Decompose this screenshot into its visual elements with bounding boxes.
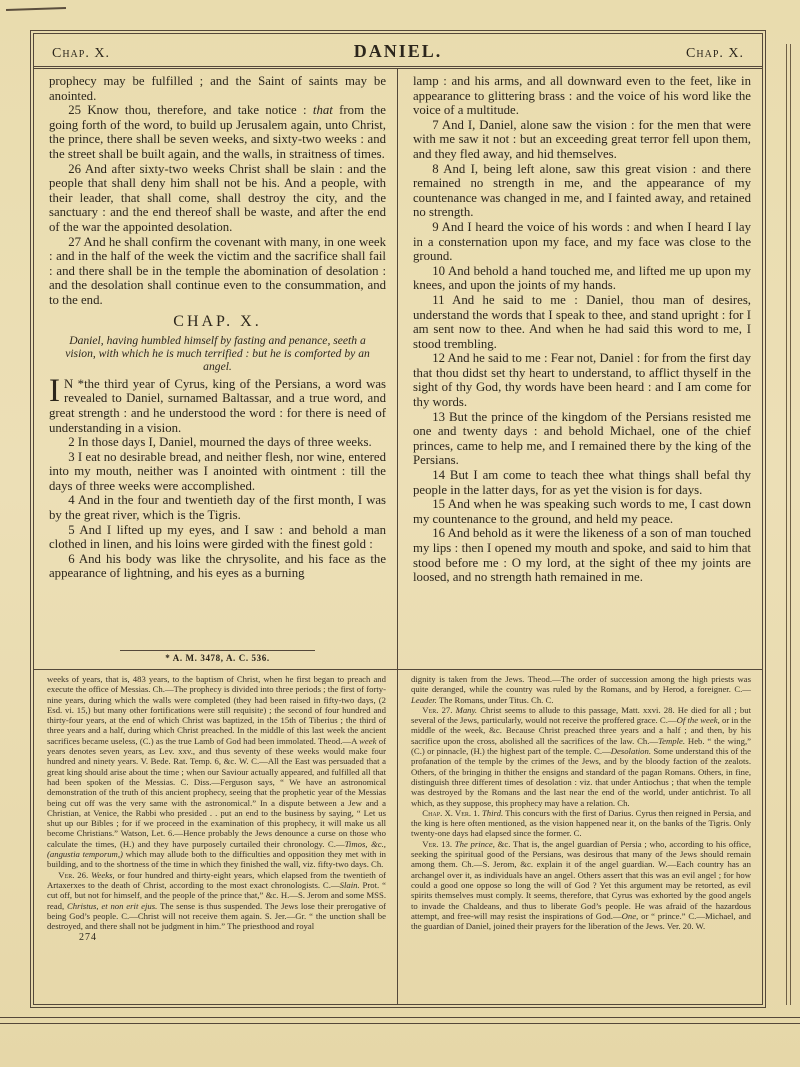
verse-4: 4 And in the four and twentieth day of t…: [49, 493, 386, 522]
adjacent-page-edge: [786, 44, 791, 1005]
page-bottom-rule: [0, 1017, 800, 1024]
page-header: Chap. X. DANIEL. Chap. X.: [34, 34, 762, 69]
verse-3: 3 I eat no desirable bread, and neither …: [49, 450, 386, 494]
verse-25: 25 Know thou, therefore, and take notice…: [49, 103, 386, 161]
verse-6-continuation: lamp : and his arms, and all downward ev…: [413, 74, 751, 118]
verse-14: 14 But I am come to teach thee what thin…: [413, 468, 751, 497]
verse-6: 6 And his body was like the chrysolite, …: [49, 552, 386, 581]
verse-8: 8 And I, being left alone, saw this grea…: [413, 162, 751, 220]
page-number: 274: [47, 932, 386, 943]
footnote-reference: * A. M. 3478, A. C. 536.: [49, 653, 386, 663]
verse-7: 7 And I, Daniel, alone saw the vision : …: [413, 118, 751, 162]
commentary-section: weeks of years, that is, 483 years, to t…: [34, 669, 762, 1004]
commentary-right-column: dignity is taken from the Jews. Theod.—T…: [398, 670, 762, 1004]
chapter-heading: CHAP. X.: [49, 313, 386, 331]
page-title: DANIEL.: [354, 41, 443, 62]
header-chapter-right: Chap. X.: [686, 46, 744, 62]
chapter-argument: Daniel, having humbled himself by fastin…: [53, 334, 382, 374]
commentary-paragraph: Ver. 27. Many. Christ seems to allude to…: [411, 705, 751, 808]
commentary-paragraph: weeks of years, that is, 483 years, to t…: [47, 674, 386, 870]
verse-24-continuation: prophecy may be fulfilled ; and the Sain…: [49, 74, 386, 103]
page-frame: Chap. X. DANIEL. Chap. X. prophecy may b…: [30, 30, 766, 1008]
verse-12: 12 And he said to me : Fear not, Daniel …: [413, 351, 751, 409]
commentary-paragraph: dignity is taken from the Jews. Theod.—T…: [411, 674, 751, 705]
commentary-left-column: weeks of years, that is, 483 years, to t…: [34, 670, 398, 1004]
commentary-paragraph: Ver. 13. The prince, &c. That is, the an…: [411, 839, 751, 932]
verse-11: 11 And he said to me : Daniel, thou man …: [413, 293, 751, 351]
header-chapter-left: Chap. X.: [52, 46, 110, 62]
commentary-paragraph: Chap. X. Ver. 1. Third. This concurs wit…: [411, 808, 751, 839]
scan-edge-artifact: [6, 7, 66, 11]
commentary-paragraph: Ver. 26. Weeks, or four hundred and thir…: [47, 870, 386, 932]
verse-16: 16 And behold as it were the likeness of…: [413, 526, 751, 584]
verse-27: 27 And he shall confirm the covenant wit…: [49, 235, 386, 308]
verse-2: 2 In those days I, Daniel, mourned the d…: [49, 435, 386, 450]
verse-1: IN *the third year of Cyrus, king of the…: [49, 377, 386, 435]
verse-1-text: N *the third year of Cyrus, king of the …: [49, 377, 386, 435]
verse-15: 15 And when he was speaking such words t…: [413, 497, 751, 526]
page-frame-inner: Chap. X. DANIEL. Chap. X. prophecy may b…: [33, 33, 763, 1005]
verse-26: 26 And after sixty-two weeks Christ shal…: [49, 162, 386, 235]
footnote-rule: [120, 650, 315, 651]
scripture-text: prophecy may be fulfilled ; and the Sain…: [34, 69, 762, 669]
verse-13: 13 But the prince of the kingdom of the …: [413, 410, 751, 468]
left-column: prophecy may be fulfilled ; and the Sain…: [34, 69, 398, 669]
footnote-reference-block: * A. M. 3478, A. C. 536.: [49, 650, 386, 665]
dropcap-letter: I: [49, 377, 64, 405]
verse-10: 10 And behold a hand touched me, and lif…: [413, 264, 751, 293]
verse-9: 9 And I heard the voice of his words : a…: [413, 220, 751, 264]
verse-5: 5 And I lifted up my eyes, and I saw : a…: [49, 523, 386, 552]
right-column: lamp : and his arms, and all downward ev…: [398, 69, 762, 669]
